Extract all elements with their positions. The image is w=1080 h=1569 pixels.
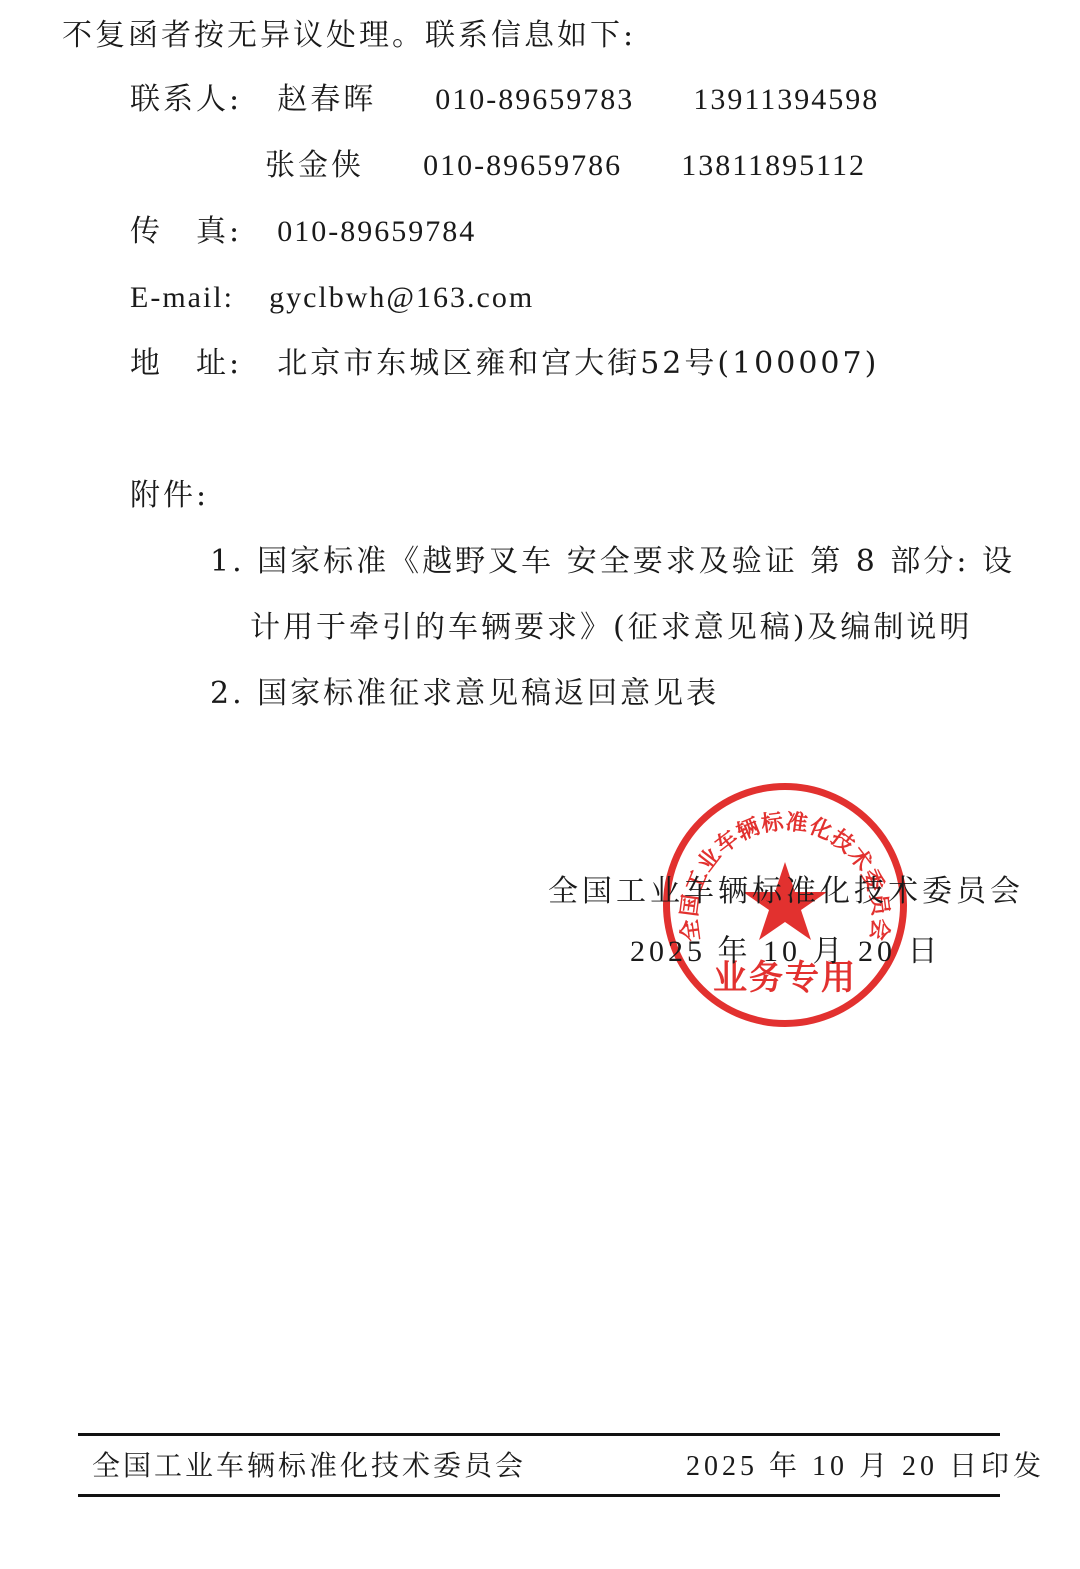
attachment-title-2: 国家标准征求意见稿返回意见表 — [257, 676, 719, 711]
footer-bottom-rule — [78, 1494, 1000, 1497]
contact-label: 联系人: — [130, 80, 242, 120]
fax-row: 传 真: 010-89659784 — [130, 212, 476, 252]
email-row: E-mail: gyclbwh@163.com — [130, 278, 534, 318]
contact-phone-2: 010-89659786 — [423, 149, 622, 182]
attachments-heading: 附件: — [130, 476, 209, 516]
attachment-item-2: 2. 国家标准征求意见稿返回意见表 — [210, 674, 719, 714]
signature-date: 2025 年 10 月 20 日 — [630, 926, 942, 970]
footer-organization: 全国工业车辆标准化技术委员会 — [92, 1444, 526, 1484]
contact-phone-1: 010-89659783 — [435, 83, 634, 116]
attachment-title-1-line1: 国家标准《越野叉车 安全要求及验证 第 8 部分: 设 — [257, 544, 1015, 579]
fax-number: 010-89659784 — [277, 215, 476, 248]
address-text: 北京市东城区雍和宫大街52号(100007) — [277, 346, 879, 381]
address-row: 地 址: 北京市东城区雍和宫大街52号(100007) — [130, 344, 879, 384]
footer-issued-date: 2025 年 10 月 20 日印发 — [686, 1444, 1045, 1484]
contact-name-1: 赵春晖 — [277, 82, 376, 117]
contact-row-2: 张金侠 010-89659786 13811895112 — [265, 146, 866, 186]
contact-row-1: 联系人: 赵春晖 010-89659783 13911394598 — [130, 80, 879, 120]
attachment-number-1: 1. — [210, 544, 245, 579]
email-address[interactable]: gyclbwh@163.com — [269, 281, 534, 314]
address-label: 地 址: — [130, 344, 242, 384]
attachment-item-1-continued: 计用于牵引的车辆要求》(征求意见稿)及编制说明 — [250, 608, 972, 648]
fax-label: 传 真: — [130, 212, 242, 252]
attachment-title-1-line2: 计用于牵引的车辆要求》(征求意见稿)及编制说明 — [250, 610, 972, 645]
intro-text: 不复函者按无异议处理。联系信息如下: — [62, 16, 636, 56]
contact-name-2: 张金侠 — [265, 148, 364, 183]
attachment-item-1: 1. 国家标准《越野叉车 安全要求及验证 第 8 部分: 设 — [210, 542, 1015, 582]
signature-organization: 全国工业车辆标准化技术委员会 — [548, 866, 1024, 910]
contact-mobile-2: 13811895112 — [681, 149, 866, 182]
attachment-number-2: 2. — [210, 676, 245, 711]
contact-mobile-1: 13911394598 — [693, 83, 879, 116]
email-label: E-mail: — [130, 278, 234, 318]
footer-top-rule — [78, 1433, 1000, 1436]
